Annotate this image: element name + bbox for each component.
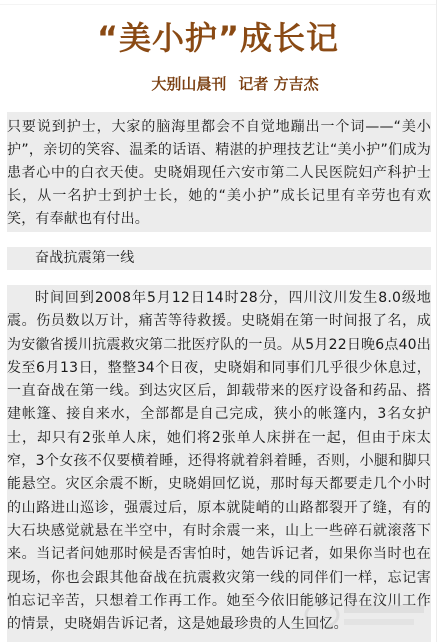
reporter-name: 方吉杰 <box>274 75 319 93</box>
publication-name: 大别山晨刊 <box>151 75 226 93</box>
article-page: “美小护”成长记 大别山晨刊记者 方吉杰 只要说到护士，大家的脑海里都会不自觉地… <box>0 0 436 642</box>
article-title: “美小护”成长记 <box>0 17 436 59</box>
section-heading: 奋战抗震第一线 <box>7 247 431 270</box>
top-divider <box>0 4 436 5</box>
page-edge-divider <box>436 0 437 642</box>
intro-paragraph: 只要说到护士，大家的脑海里都会不自觉地蹦出一个词——“美小护”，亲切的笑容、温柔… <box>7 112 431 232</box>
article-byline: 大别山晨刊记者 方吉杰 <box>0 74 441 94</box>
reporter-label: 记者 <box>238 75 268 93</box>
section-body-paragraph: 时间回到2008年5月12日14时28分，四川汶川发生8.0级地震。伤员数以万计… <box>7 285 431 642</box>
